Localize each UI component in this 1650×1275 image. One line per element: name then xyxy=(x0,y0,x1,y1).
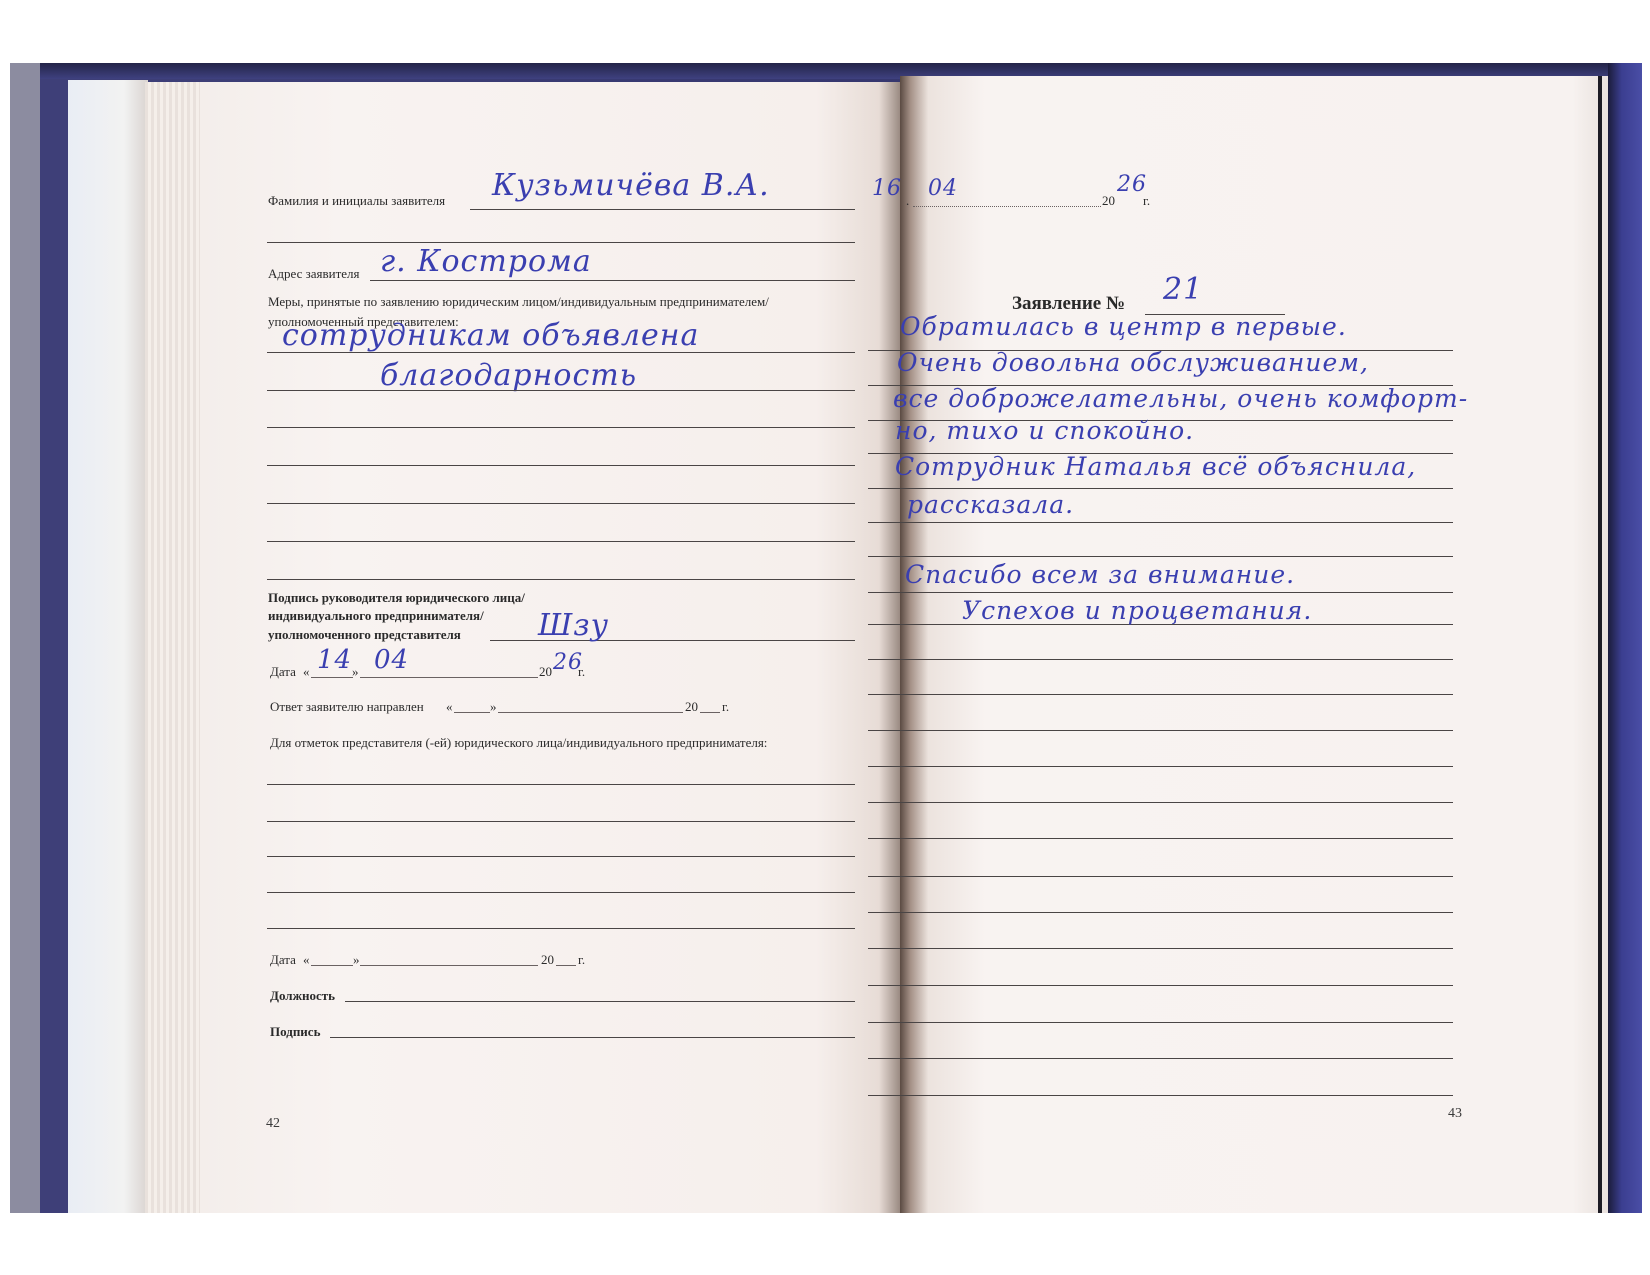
measures-label-line1: Меры, принятые по заявлению юридическим … xyxy=(268,294,769,310)
date-month-line xyxy=(360,677,538,678)
date2-day-line xyxy=(311,965,353,966)
ruled-line xyxy=(868,802,1453,803)
statement-text-line: Сотрудник Наталья всё объяснила, xyxy=(895,452,1416,481)
date2-quote-open: « xyxy=(303,952,310,968)
statement-text-line: но, тихо и спокойно. xyxy=(895,416,1194,445)
statement-text-line: Очень довольна обслуживанием, xyxy=(897,348,1369,377)
date-month-value: 04 xyxy=(374,645,409,675)
statement-text-line: все доброжелательны, очень комфорт- xyxy=(893,384,1468,413)
date2-quote-close: » xyxy=(353,952,360,968)
reply-year-prefix: 20 xyxy=(685,699,698,715)
reply-year-line xyxy=(700,712,720,713)
applicant-name-label: Фамилия и инициалы заявителя xyxy=(268,193,445,209)
notes-line-2 xyxy=(267,821,855,822)
ruled-line xyxy=(868,592,1453,593)
address-label: Адрес заявителя xyxy=(268,266,360,282)
reply-day-line xyxy=(454,712,490,713)
signature-label-line2: индивидуального предпринимателя/ xyxy=(268,608,484,624)
date-quote-open: « xyxy=(303,664,310,680)
measures-line-6 xyxy=(267,541,855,542)
right-date-separator: . xyxy=(906,193,909,209)
position-label: Должность xyxy=(270,988,335,1004)
applicant-name-line xyxy=(470,209,855,210)
statement-text-line: Успехов и процветания. xyxy=(962,596,1312,625)
statement-number: 21 xyxy=(1163,272,1203,307)
ruled-line xyxy=(868,838,1453,839)
date-quote-close: » xyxy=(352,664,359,680)
signature2-line xyxy=(330,1037,855,1038)
date2-year-prefix: 20 xyxy=(541,952,554,968)
address-value: г. Кострома xyxy=(380,244,592,279)
ruled-line xyxy=(868,694,1453,695)
notes-line-1 xyxy=(267,784,855,785)
date2-label: Дата xyxy=(270,952,296,968)
address-line xyxy=(370,280,855,281)
ruled-line xyxy=(868,659,1453,660)
measures-line-5 xyxy=(267,503,855,504)
page-number-right: 43 xyxy=(1448,1106,1462,1122)
notes-line-4 xyxy=(267,892,855,893)
reply-quote-close: » xyxy=(490,699,497,715)
ruled-line xyxy=(868,488,1453,489)
ruled-line xyxy=(868,912,1453,913)
right-date-year-prefix: 20 xyxy=(1102,193,1115,209)
date2-month-line xyxy=(360,965,538,966)
notes-line-3 xyxy=(267,856,855,857)
measures-line-2 xyxy=(267,390,855,391)
date2-year-line xyxy=(556,965,576,966)
notes-label: Для отметок представителя (-ей) юридичес… xyxy=(270,735,767,751)
date2-year-suffix: г. xyxy=(578,952,585,968)
right-page-edge xyxy=(1598,76,1602,1213)
applicant-name-line-2 xyxy=(267,242,855,243)
ruled-line xyxy=(868,522,1453,523)
measures-line-1 xyxy=(267,352,855,353)
right-page xyxy=(900,76,1608,1213)
reply-year-suffix: г. xyxy=(722,699,729,715)
right-date-month-value: 04 xyxy=(928,176,958,201)
position-line xyxy=(345,1001,855,1002)
book-cover-right-edge xyxy=(1608,63,1642,1213)
ruled-line xyxy=(868,985,1453,986)
measures-line-3 xyxy=(267,427,855,428)
statement-text-line: Обратилась в центр в первые. xyxy=(900,312,1347,341)
date-day-value: 14 xyxy=(317,645,352,675)
notes-line-5 xyxy=(267,928,855,929)
right-date-year-suffix: г. xyxy=(1143,193,1150,209)
date-year-suffix: г. xyxy=(578,664,585,680)
page-block-edge xyxy=(68,80,148,1213)
measures-line-4 xyxy=(267,465,855,466)
date-label: Дата xyxy=(270,664,296,680)
statement-text-line: Спасибо всем за внимание. xyxy=(905,560,1295,589)
reply-sent-label: Ответ заявителю направлен xyxy=(270,699,424,715)
signature2-label: Подпись xyxy=(270,1024,320,1040)
signature-value: Шзу xyxy=(538,608,609,643)
right-date-line xyxy=(913,206,1101,207)
date-year-prefix: 20 xyxy=(539,664,552,680)
measures-value-line1: сотрудникам объявлена xyxy=(282,318,699,353)
signature-label-line3: уполномоченного представителя xyxy=(268,627,461,643)
date-day-line xyxy=(311,677,353,678)
ruled-line xyxy=(868,1095,1453,1096)
ruled-line xyxy=(868,766,1453,767)
signature-label-line1: Подпись руководителя юридического лица/ xyxy=(268,590,525,606)
measures-line-7 xyxy=(267,579,855,580)
applicant-name-value: Кузьмичёва В.А. xyxy=(492,168,770,203)
ruled-line xyxy=(868,730,1453,731)
reply-month-line xyxy=(498,712,683,713)
right-date-day-value: 16 xyxy=(872,176,902,201)
page-stack-edge xyxy=(145,82,205,1213)
ruled-line xyxy=(868,556,1453,557)
ruled-line xyxy=(868,1058,1453,1059)
page-number-left: 42 xyxy=(266,1116,280,1132)
ruled-line xyxy=(868,1022,1453,1023)
reply-quote-open: « xyxy=(446,699,453,715)
measures-value-line2: благодарность xyxy=(380,358,637,393)
statement-text-line: рассказала. xyxy=(907,490,1074,519)
ruled-line xyxy=(868,876,1453,877)
ruled-line xyxy=(868,948,1453,949)
